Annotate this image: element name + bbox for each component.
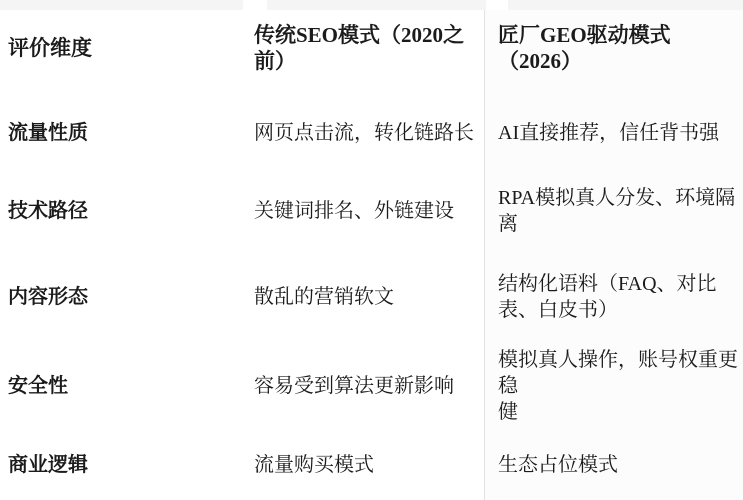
seo-cell: 流量购买模式 — [248, 430, 484, 500]
comparison-table-image: 评价维度 传统SEO模式（2020之 前） 匠厂GEO驱动模式 （2026） 流… — [0, 0, 743, 500]
row-label: 技术路径 — [0, 170, 248, 252]
seo-cell: 容易受到算法更新影响 — [248, 342, 484, 430]
geo-cell: 模拟真人操作，账号权重更稳 健 — [484, 342, 743, 430]
seo-cell: 网页点击流，转化链路长 — [248, 96, 484, 170]
row-label: 安全性 — [0, 342, 248, 430]
row-label: 商业逻辑 — [0, 430, 248, 500]
geo-cell: 生态占位模式 — [484, 430, 743, 500]
table-row: 商业逻辑 流量购买模式 生态占位模式 — [0, 430, 743, 500]
table-row: 安全性 容易受到算法更新影响 模拟真人操作，账号权重更稳 健 — [0, 342, 743, 430]
table-header-row: 评价维度 传统SEO模式（2020之 前） 匠厂GEO驱动模式 （2026） — [0, 0, 743, 96]
table-row: 技术路径 关键词排名、外链建设 RPA模拟真人分发、环境隔 离 — [0, 170, 743, 252]
header-geo-driven: 匠厂GEO驱动模式 （2026） — [484, 0, 743, 96]
seo-cell: 散乱的营销软文 — [248, 252, 484, 342]
geo-cell: RPA模拟真人分发、环境隔 离 — [484, 170, 743, 252]
table-row: 流量性质 网页点击流，转化链路长 AI直接推荐，信任背书强 — [0, 96, 743, 170]
geo-cell: AI直接推荐，信任背书强 — [484, 96, 743, 170]
row-label: 流量性质 — [0, 96, 248, 170]
header-traditional-seo: 传统SEO模式（2020之 前） — [248, 0, 484, 96]
geo-cell: 结构化语料（FAQ、对比 表、白皮书） — [484, 252, 743, 342]
table-row: 内容形态 散乱的营销软文 结构化语料（FAQ、对比 表、白皮书） — [0, 252, 743, 342]
header-dimension: 评价维度 — [0, 0, 248, 96]
row-label: 内容形态 — [0, 252, 248, 342]
seo-cell: 关键词排名、外链建设 — [248, 170, 484, 252]
comparison-table: 评价维度 传统SEO模式（2020之 前） 匠厂GEO驱动模式 （2026） 流… — [0, 0, 743, 500]
